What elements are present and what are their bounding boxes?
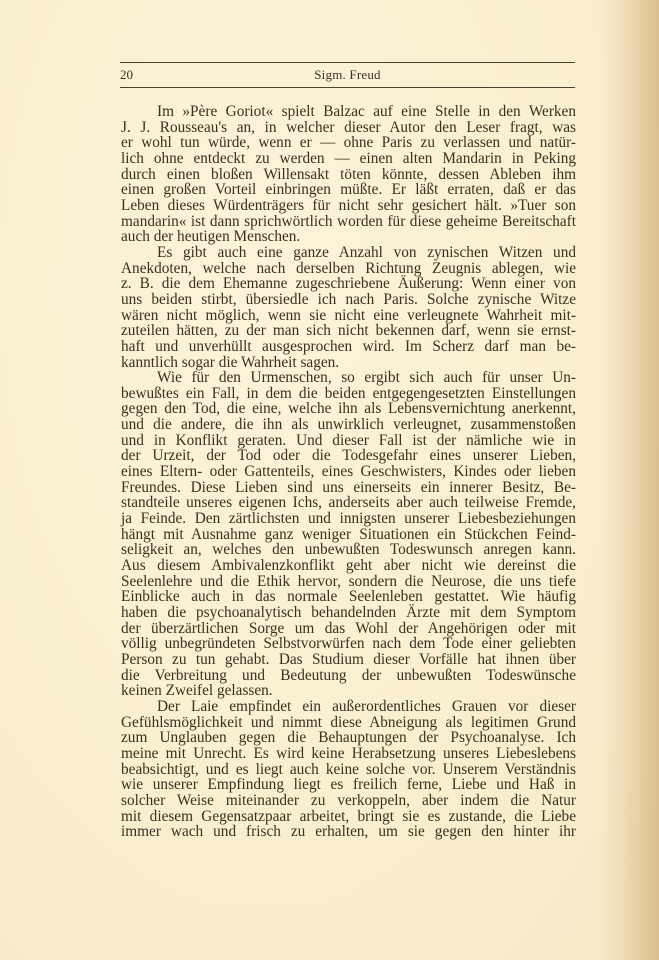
text-line: mandarin« ist dann sprichwörtlich worden… bbox=[121, 214, 576, 230]
text-line: zuteilen hätten, zu der man sich nicht b… bbox=[121, 323, 576, 339]
text-line: eines Eltern- oder Gattenteils, eines Ge… bbox=[121, 464, 576, 480]
running-title: Sigm. Freud bbox=[120, 67, 575, 83]
body-text: Im »Père Goriot« spielt Balzac auf eine … bbox=[121, 104, 576, 840]
text-line: solcher Weise miteinander zu verkoppeln,… bbox=[121, 793, 576, 809]
text-line: durch einen bloßen Willensakt töten könn… bbox=[121, 167, 576, 183]
text-line: seligkeit an, welches den unbewußten Tod… bbox=[121, 542, 576, 558]
text-line: ja Feinde. Den zärtlichsten und innigste… bbox=[121, 511, 576, 527]
text-line: Anekdoten, welche nach derselben Richtun… bbox=[121, 261, 576, 277]
text-line: meine mit Unrecht. Es wird keine Herabse… bbox=[121, 746, 576, 762]
text-line: immer wach und frisch zu erhalten, um si… bbox=[121, 824, 576, 840]
text-line: Es gibt auch eine ganze Anzahl von zynis… bbox=[121, 245, 576, 261]
text-line: Freundes. Diese Lieben sind uns einersei… bbox=[121, 480, 576, 496]
text-line: und die andere, die ihn als unwirklich v… bbox=[121, 417, 576, 433]
text-line: Leben dieses Würdenträgers für nicht seh… bbox=[121, 198, 576, 214]
text-line: einen großen Vorteil einbringen müßte. E… bbox=[121, 182, 576, 198]
text-line: Der Laie empfindet ein außerordentliches… bbox=[121, 699, 576, 715]
text-line: Einblicke auch in das normale Seelenlebe… bbox=[121, 589, 576, 605]
text-line: gegen den Tod, die eine, welche ihn als … bbox=[121, 401, 576, 417]
text-line: Im »Père Goriot« spielt Balzac auf eine … bbox=[121, 104, 576, 120]
text-line: zum Unglauben gegen die Behauptungen der… bbox=[121, 730, 576, 746]
text-line: er wohl tun würde, wenn er — ohne Paris … bbox=[121, 135, 576, 151]
text-line: haft und unverhüllt ausgesprochen wird. … bbox=[121, 339, 576, 355]
text-line: mit diesem Gegensatzpaar arbeitet, bring… bbox=[121, 809, 576, 825]
text-line: auch der heutigen Menschen. bbox=[121, 229, 576, 245]
text-line: bewußtes ein Fall, in dem die beiden ent… bbox=[121, 386, 576, 402]
text-line: kanntlich sogar die Wahrheit sagen. bbox=[121, 355, 576, 371]
text-line: haben die psychoanalytisch behandelnden … bbox=[121, 605, 576, 621]
text-line: Wie für den Urmenschen, so ergibt sich a… bbox=[121, 370, 576, 386]
text-line: z. B. die dem Ehemanne zugeschriebene Äu… bbox=[121, 276, 576, 292]
text-line: uns beiden stirbt, übersiedle ich nach P… bbox=[121, 292, 576, 308]
text-line: keinen Zweifel gelassen. bbox=[121, 683, 576, 699]
text-line: Aus diesem Ambivalenzkonflikt geht aber … bbox=[121, 558, 576, 574]
text-line: wären nicht möglich, wenn sie nicht eine… bbox=[121, 308, 576, 324]
running-head: 20 Sigm. Freud bbox=[120, 62, 575, 88]
text-line: und in Konflikt geraten. Und dieser Fall… bbox=[121, 433, 576, 449]
text-line: Person zu tun gehabt. Das Studium dieser… bbox=[121, 652, 576, 668]
text-line: beabsichtigt, und es liegt auch keine so… bbox=[121, 762, 576, 778]
text-line: Seelenlehre und die Ethik hervor, sonder… bbox=[121, 574, 576, 590]
text-line: völlig unbegründeten Selbstvorwürfen nac… bbox=[121, 636, 576, 652]
text-line: J. J. Rousseau's an, in welcher dieser A… bbox=[121, 120, 576, 136]
text-line: der Urzeit, der Tod oder die Todesgefahr… bbox=[121, 448, 576, 464]
text-line: Gefühlsmöglichkeit und nimmt diese Abnei… bbox=[121, 715, 576, 731]
text-line: die Verbreitung und Bedeutung der unbewu… bbox=[121, 668, 576, 684]
text-line: lich ohne entdeckt zu werden — einen alt… bbox=[121, 151, 576, 167]
text-line: wie unserer Empfindung liegt es freilich… bbox=[121, 777, 576, 793]
text-line: der überzärtlichen Sorge um das Wohl der… bbox=[121, 621, 576, 637]
text-line: hängt mit Ausnahme ganz weniger Situatio… bbox=[121, 527, 576, 543]
text-line: standteile unseres eigenen Ichs, anderse… bbox=[121, 495, 576, 511]
